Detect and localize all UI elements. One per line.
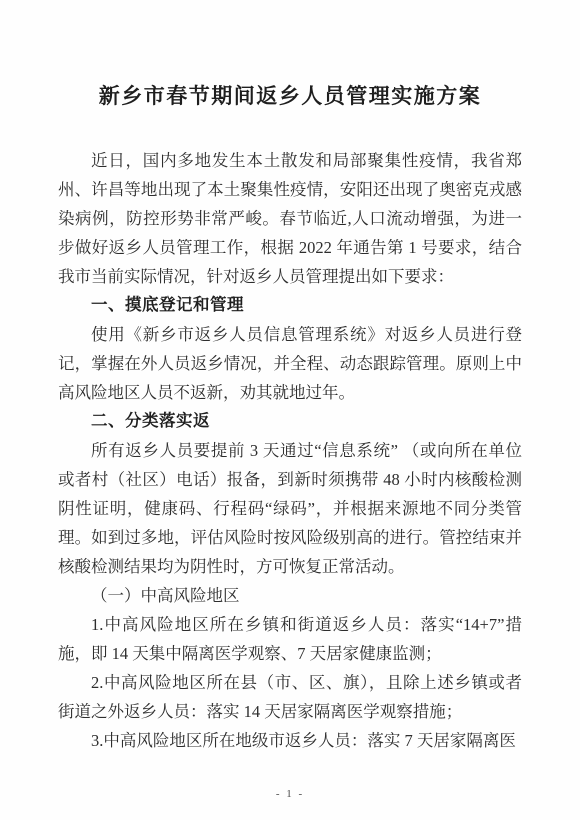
- document-title: 新乡市春节期间返乡人员管理实施方案: [40, 80, 540, 110]
- page-number: - 1 -: [0, 788, 580, 800]
- list-item-1: 1.中高风险地区所在乡镇和街道返乡人员：落实“14+7”措施，即 14 天集中隔…: [58, 610, 522, 668]
- subsection-heading-risk-area: （一）中高风险地区: [58, 581, 522, 610]
- list-item-2: 2.中高风险地区所在县（市、区、旗），且除上述乡镇或者街道之外返乡人员：落实 1…: [58, 668, 522, 726]
- section-heading-1: 一、摸底登记和管理: [58, 291, 522, 320]
- section-heading-2: 二、分类落实返: [58, 407, 522, 436]
- paragraph-classification: 所有返乡人员要提前 3 天通过“信息系统” （或向所在单位或者村（社区）电话）报…: [58, 436, 522, 581]
- paragraph-registration: 使用《新乡市返乡人员信息管理系统》对返乡人员进行登记，掌握在外人员返乡情况，并全…: [58, 320, 522, 407]
- document-body: 近日，国内多地发生本土散发和局部聚集性疫情，我省郑州、许昌等地出现了本土聚集性疫…: [58, 146, 522, 755]
- paragraph-intro: 近日，国内多地发生本土散发和局部聚集性疫情，我省郑州、许昌等地出现了本土聚集性疫…: [58, 146, 522, 291]
- document-page: 新乡市春节期间返乡人员管理实施方案 近日，国内多地发生本土散发和局部聚集性疫情，…: [0, 0, 580, 820]
- list-item-3: 3.中高风险地区所在地级市返乡人员：落实 7 天居家隔离医: [58, 726, 522, 755]
